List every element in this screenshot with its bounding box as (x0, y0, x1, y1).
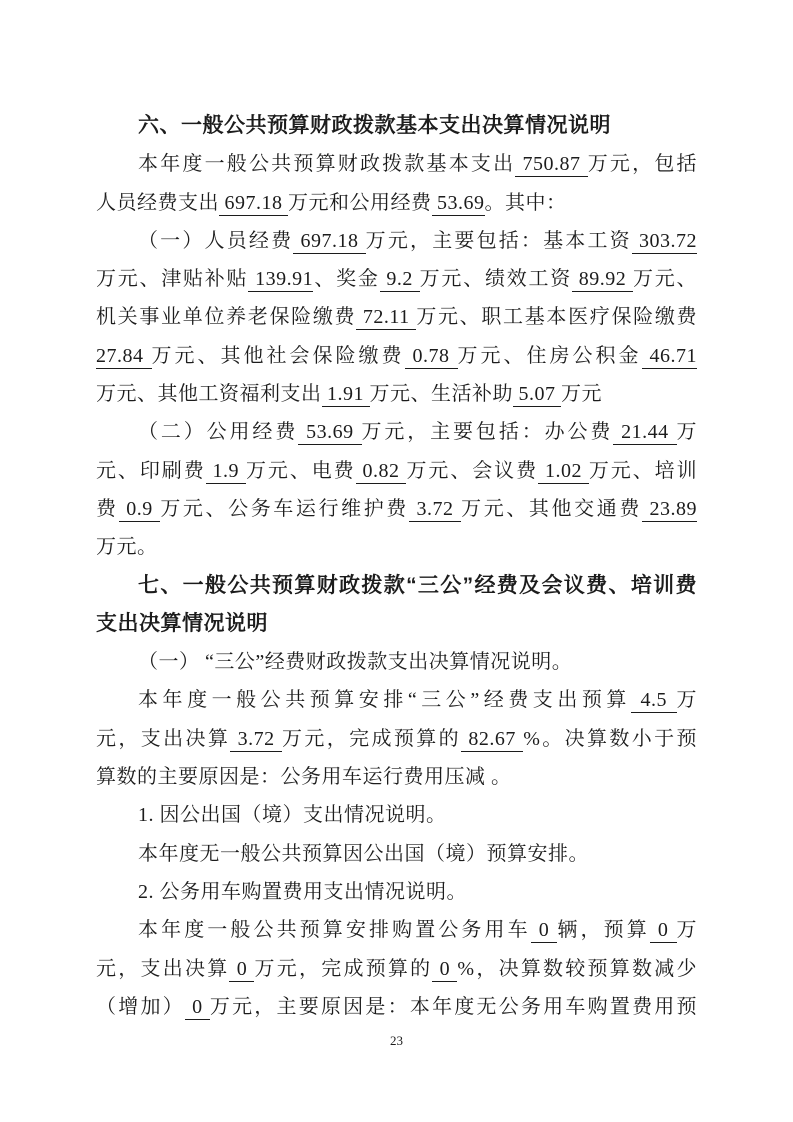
text-line: （二）公用经费 53.69 万元，主要包括：办公费 21.44 万 (96, 413, 697, 451)
heading-line: 七、一般公共预算财政拨款“三公”经费及会议费、培训费 (96, 567, 697, 605)
underlined-value: 21.44 (613, 421, 676, 445)
text-segment: 元、印刷费 (96, 460, 206, 482)
text-segment: （二）公用经费 (138, 421, 298, 443)
text-segment: 本年度一般公共预算安排购置公务用车 (138, 919, 531, 941)
text-segment: 万元、培训 (589, 460, 697, 482)
text-segment: 元，支出决算 (96, 958, 229, 980)
text-segment: 万元、 (633, 268, 697, 290)
underlined-value: 27.84 (96, 345, 152, 369)
text-segment: 万元、津贴补贴 (96, 268, 248, 290)
text-segment: 。其中： (485, 192, 567, 214)
text-segment: 万元、公务车运行维护费 (160, 498, 409, 520)
text-line: 算数的主要原因是：公务用车运行费用压减 。 (96, 758, 697, 796)
text-segment: 万元、住房公积金 (458, 345, 642, 367)
underlined-value: 72.11 (356, 306, 416, 330)
underlined-value: 9.2 (380, 268, 420, 292)
text-segment: 万元、其他交通费 (461, 498, 642, 520)
underlined-value: 0 (531, 919, 558, 943)
underlined-value: 697.18 (293, 230, 365, 254)
text-segment: 支出决算情况说明 (96, 612, 268, 635)
underlined-value: 1.91 (322, 383, 370, 407)
page-number: 23 (0, 1033, 793, 1049)
text-segment: 万元，包括 (588, 153, 697, 175)
underlined-value: 1.02 (538, 460, 589, 484)
text-segment: 万元、其他社会保险缴费 (152, 345, 405, 367)
text-line: 27.84 万元、其他社会保险缴费 0.78 万元、住房公积金 46.71 (96, 337, 697, 375)
underlined-value: 0.9 (119, 498, 161, 522)
underlined-value: 0 (185, 996, 210, 1020)
underlined-value: 5.07 (513, 383, 561, 407)
underlined-value: 1.9 (206, 460, 246, 484)
document-body: 六、一般公共预算财政拨款基本支出决算情况说明本年度一般公共预算财政拨款基本支出 … (96, 107, 697, 1026)
text-segment: 2. 公务用车购置费用支出情况说明。 (138, 881, 467, 903)
text-segment: 本年度一般公共预算财政拨款基本支出 (138, 153, 515, 175)
text-line: 2. 公务用车购置费用支出情况说明。 (96, 873, 697, 911)
text-line: 1. 因公出国（境）支出情况说明。 (96, 796, 697, 834)
text-line: 元、印刷费 1.9 万元、电费 0.82 万元、会议费 1.02 万元、培训 (96, 452, 697, 490)
text-line: （一） “三公”经费财政拨款支出决算情况说明。 (96, 643, 697, 681)
underlined-value: 0 (229, 958, 254, 982)
text-segment: 万元、电费 (246, 460, 356, 482)
text-segment: 万 (677, 421, 697, 443)
text-segment: 机关事业单位养老保险缴费 (96, 306, 356, 328)
text-segment: 万元、其他工资福利支出 (96, 383, 322, 405)
text-line: 本年度一般公共预算安排购置公务用车 0 辆，预算 0 万 (96, 911, 697, 949)
underlined-value: 89.92 (572, 268, 633, 292)
underlined-value: 4.5 (631, 689, 677, 713)
text-segment: 万 (677, 919, 697, 941)
underlined-value: 46.71 (642, 345, 698, 369)
text-line: 元，支出决算 0 万元，完成预算的 0 %，决算数较预算数减少 (96, 950, 697, 988)
text-segment: （增加） (96, 996, 185, 1018)
text-line: 本年度无一般公共预算因公出国（境）预算安排。 (96, 835, 697, 873)
underlined-value: 53.69 (298, 421, 361, 445)
document-page: 六、一般公共预算财政拨款基本支出决算情况说明本年度一般公共预算财政拨款基本支出 … (0, 0, 793, 1122)
underlined-value: 0.78 (405, 345, 458, 369)
underlined-value: 23.89 (642, 498, 697, 522)
text-line: 本年度一般公共预算财政拨款基本支出 750.87 万元，包括 (96, 145, 697, 183)
text-segment: 、奖金 (313, 268, 380, 290)
underlined-value: 0.82 (356, 460, 407, 484)
text-segment: 万元、职工基本医疗保险缴费 (416, 306, 697, 328)
text-segment: 万元，主要原因是：本年度无公务用车购置费用预 (210, 996, 697, 1018)
text-segment: 人员经费支出 (96, 192, 219, 214)
underlined-value: 3.72 (230, 728, 282, 752)
text-segment: 万元和公用经费 (288, 192, 432, 214)
underlined-value: 82.67 (461, 728, 523, 752)
text-line: 万元、津贴补贴 139.91、奖金 9.2 万元、绩效工资 89.92 万元、 (96, 260, 697, 298)
text-line: 万元。 (96, 528, 697, 566)
text-segment: %。决算数小于预 (523, 728, 697, 750)
heading-line: 支出决算情况说明 (96, 605, 697, 643)
text-segment: 万元，主要包括：基本工资 (366, 230, 632, 252)
text-segment: 辆，预算 (557, 919, 649, 941)
text-line: 本年度一般公共预算安排“三公”经费支出预算 4.5 万 (96, 681, 697, 719)
underlined-value: 697.18 (219, 192, 288, 216)
text-segment: 1. 因公出国（境）支出情况说明。 (138, 804, 447, 826)
text-segment: 万元，主要包括：办公费 (362, 421, 614, 443)
text-segment: 本年度无一般公共预算因公出国（境）预算安排。 (138, 843, 589, 865)
text-segment: 万元。 (96, 536, 158, 558)
heading-line: 六、一般公共预算财政拨款基本支出决算情况说明 (96, 107, 697, 145)
text-segment: （一）人员经费 (138, 230, 293, 252)
text-segment: 费 (96, 498, 119, 520)
text-line: 费 0.9 万元、公务车运行维护费 3.72 万元、其他交通费 23.89 (96, 490, 697, 528)
text-segment: （一） “三公”经费财政拨款支出决算情况说明。 (138, 651, 572, 673)
text-line: 人员经费支出 697.18 万元和公用经费 53.69。其中： (96, 184, 697, 222)
text-segment: %，决算数较预算数减少 (457, 958, 697, 980)
underlined-value: 0 (650, 919, 677, 943)
underlined-value: 0 (432, 958, 457, 982)
text-line: （一）人员经费 697.18 万元，主要包括：基本工资 303.72 (96, 222, 697, 260)
text-segment: 万元，完成预算的 (254, 958, 432, 980)
text-line: 机关事业单位养老保险缴费 72.11 万元、职工基本医疗保险缴费 (96, 298, 697, 336)
text-segment: 万元、绩效工资 (420, 268, 572, 290)
underlined-value: 3.72 (409, 498, 461, 522)
underlined-value: 53.69 (432, 192, 485, 216)
text-segment: 万元、会议费 (406, 460, 538, 482)
text-segment: 算数的主要原因是：公务用车运行费用压减 。 (96, 766, 512, 788)
underlined-value: 750.87 (515, 153, 587, 177)
text-line: 元，支出决算 3.72 万元，完成预算的 82.67 %。决算数小于预 (96, 720, 697, 758)
text-segment: 万 (677, 689, 697, 711)
text-segment: 万元、生活补助 (370, 383, 514, 405)
text-segment: 万元 (561, 383, 602, 405)
text-line: （增加） 0 万元，主要原因是：本年度无公务用车购置费用预 (96, 988, 697, 1026)
underlined-value: 303.72 (632, 230, 697, 254)
text-segment: 元，支出决算 (96, 728, 230, 750)
text-segment: 六、一般公共预算财政拨款基本支出决算情况说明 (138, 114, 611, 137)
text-line: 万元、其他工资福利支出 1.91 万元、生活补助 5.07 万元 (96, 375, 697, 413)
underlined-value: 139.91 (248, 268, 313, 292)
text-segment: 本年度一般公共预算安排“三公”经费支出预算 (138, 689, 631, 711)
text-segment: 七、一般公共预算财政拨款“三公”经费及会议费、培训费 (138, 574, 697, 597)
text-segment: 万元，完成预算的 (282, 728, 461, 750)
